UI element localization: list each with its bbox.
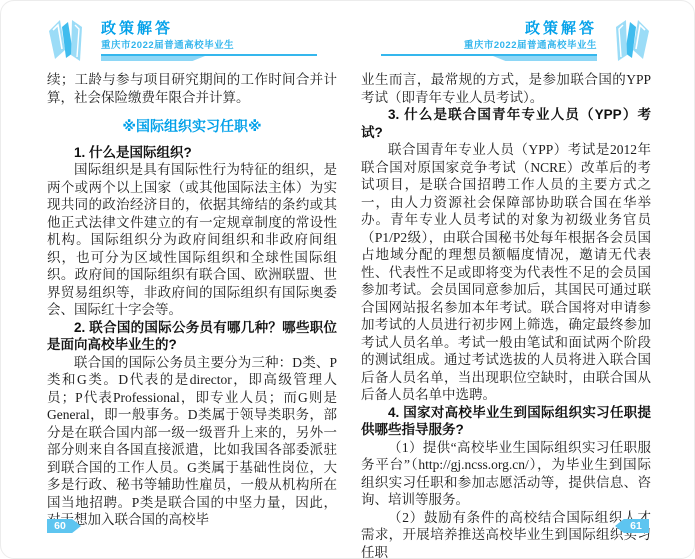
booklet-spread: 政策解答 重庆市2022届普通高校毕业生 续；工龄与参与项目研究期间的工作时间合… (0, 0, 695, 559)
answer-3: 联合国青年专业人员（YPP）考试是2012年联合国对原国家竞争考试（NCRE）改… (361, 141, 651, 404)
question-4: 4. 国家对高校毕业生到国际组织实习任职提供哪些指导服务? (361, 404, 651, 439)
header-subtitle: 重庆市2022届普通高校毕业生 (101, 39, 317, 53)
continued-paragraph: 续；工龄与参与项目研究期间的工作时间合并计算，社会保险缴费年限合并计算。 (47, 71, 337, 106)
page-header-left: 政策解答 重庆市2022届普通高校毕业生 (47, 16, 317, 62)
question-3: 3. 什么是联合国青年专业人员（YPP）考试? (361, 106, 651, 141)
question-1: 1. 什么是国际组织? (47, 144, 337, 162)
answer-2: 联合国的国际公务员主要分为三种：D类、P类和G类。D代表的是director，即… (47, 354, 337, 529)
header-subtitle: 重庆市2022届普通高校毕业生 (381, 39, 597, 53)
section-heading: ※国际组织实习任职※ (47, 118, 337, 136)
header-title: 政策解答 (381, 20, 597, 38)
header-text-block: 政策解答 重庆市2022届普通高校毕业生 (101, 20, 317, 56)
page-header-right: 政策解答 重庆市2022届普通高校毕业生 (381, 16, 651, 62)
page-body-right: 业生而言，最常规的方式，是参加联合国的YPP考试（即青年专业人员考试）。 3. … (361, 71, 651, 559)
page-body-left: 续；工龄与参与项目研究期间的工作时间合并计算，社会保险缴费年限合并计算。 ※国际… (47, 71, 337, 529)
fanned-pages-logo-icon (607, 16, 651, 62)
page-left: 政策解答 重庆市2022届普通高校毕业生 续；工龄与参与项目研究期间的工作时间合… (1, 1, 348, 558)
header-text-block: 政策解答 重庆市2022届普通高校毕业生 (381, 20, 597, 56)
question-2: 2. 联合国的国际公务员有哪几种？哪些职位是面向高校毕业生的? (47, 319, 337, 354)
answer-4-item-2: （2）鼓励有条件的高校结合国际组织人才需求，开展培养推送高校毕业生到国际组织实习… (361, 509, 651, 559)
continued-paragraph: 业生而言，最常规的方式，是参加联合国的YPP考试（即青年专业人员考试）。 (361, 71, 651, 106)
header-title: 政策解答 (101, 20, 317, 38)
header-underline-decoration (381, 54, 597, 56)
answer-4-item-1: （1）提供“高校毕业生国际组织实习任职服务平台”（http://gj.ncss.… (361, 439, 651, 509)
fanned-pages-logo-icon (47, 16, 91, 62)
answer-1: 国际组织是具有国际性行为特征的组织，是两个或两个以上国家（或其他国际法主体）为实… (47, 161, 337, 319)
header-underline-decoration (101, 54, 317, 56)
page-right: 政策解答 重庆市2022届普通高校毕业生 业生而言，最常规的方式，是参加联合国的… (348, 1, 695, 558)
